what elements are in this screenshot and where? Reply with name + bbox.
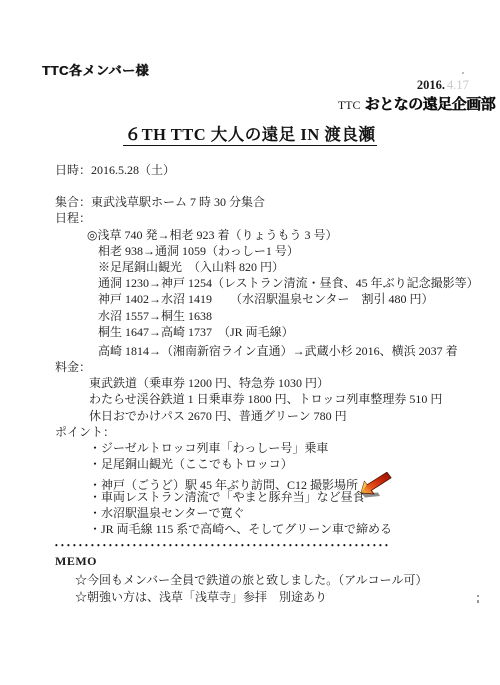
point-line: ・足尾銅山観光（ここでもトロッコ） bbox=[89, 456, 475, 472]
red-arrow-icon bbox=[359, 472, 393, 498]
datetime-line: 日時：2016.5.28（土） bbox=[55, 162, 475, 178]
itinerary-label: 日程： bbox=[55, 210, 475, 226]
dotted-separator: ••••••••••••••••••••••••••••••••••••••••… bbox=[55, 539, 450, 552]
point-text: ・神戸（ごうど）駅 45 年ぶり訪問、C12 撮影場所 bbox=[89, 478, 358, 492]
dept-prefix: TTC bbox=[338, 98, 361, 112]
point-line: ・ジーゼルトロッコ列車「わっしー号」乗車 bbox=[89, 440, 475, 456]
memo-label: MEMO bbox=[55, 553, 475, 569]
itinerary-line: 桐生 1647→高崎 1737 （JR 両毛線） bbox=[98, 324, 475, 340]
scan-artifact bbox=[477, 595, 480, 605]
itinerary-line: 神戸 1402→水沼 1419 （水沼駅温泉センター 割引 480 円） bbox=[98, 291, 475, 307]
point-line: ・神戸（ごうど）駅 45 年ぶり訪問、C12 撮影場所 bbox=[89, 472, 475, 488]
fare-line: わたらせ渓谷鉄道 1 日乗車券 1800 円、トロッコ列車整理券 510 円 bbox=[89, 391, 475, 407]
page-title: ６TH TTC 大人の遠足 IN 渡良瀬 bbox=[0, 121, 500, 145]
recipient-line: TTC各メンバー様 bbox=[42, 60, 149, 79]
document-body: 日時：2016.5.28（土） 集合：東武浅草駅ホーム 7 時 30 分集合 日… bbox=[55, 162, 475, 605]
fare-line: 休日おでかけパス 2670 円、普通グリーン 780 円 bbox=[89, 408, 475, 424]
fare-line: 東武鉄道（乗車券 1200 円、特急券 1030 円） bbox=[89, 375, 475, 391]
date-year: 2016. bbox=[417, 78, 445, 92]
header-right-block: 2016.4.17 TTC おとなの遠足企画部 bbox=[338, 78, 495, 114]
itinerary-line: ◎浅草 740 発→相老 923 着（りょうもう 3 号） bbox=[87, 227, 475, 243]
dept-name: おとなの遠足企画部 bbox=[364, 96, 495, 113]
point-line: ・JR 両毛線 115 系で高崎へ、そしてグリーン車で締める bbox=[89, 521, 475, 537]
memo-line: ☆朝強い方は、浅草「浅草寺」参拝 別途あり bbox=[75, 589, 475, 605]
date-faint: 4.17 bbox=[447, 78, 469, 93]
document-page: TTC各メンバー様 2016.4.17 TTC おとなの遠足企画部 ６TH TT… bbox=[0, 0, 500, 685]
itinerary-line: 通洞 1230→神戸 1254（レストラン清流・昼食、45 年ぶり記念撮影等） bbox=[98, 275, 475, 291]
points-label: ポイント： bbox=[55, 424, 475, 440]
itinerary-line: 高崎 1814→（湘南新宿ライン直通）→武蔵小杉 2016、横浜 2037 着 bbox=[98, 343, 475, 359]
fare-label: 料金： bbox=[55, 359, 475, 375]
department-line: TTC おとなの遠足企画部 bbox=[338, 93, 495, 114]
memo-line: ☆今回もメンバー全員で鉄道の旅と致しました。（アルコール可） bbox=[75, 572, 475, 588]
scan-speck bbox=[462, 72, 464, 74]
point-line: ・水沼駅温泉センターで寛ぐ bbox=[89, 505, 475, 521]
itinerary-line: 水沼 1557→桐生 1638 bbox=[98, 308, 475, 324]
itinerary-line: ※足尾銅山観光 （入山料 820 円） bbox=[98, 259, 475, 275]
meeting-line: 集合：東武浅草駅ホーム 7 時 30 分集合 bbox=[55, 194, 475, 210]
date-line: 2016.4.17 bbox=[338, 78, 495, 93]
itinerary-line: 相老 938→通洞 1059（わっしー1 号） bbox=[98, 243, 475, 259]
